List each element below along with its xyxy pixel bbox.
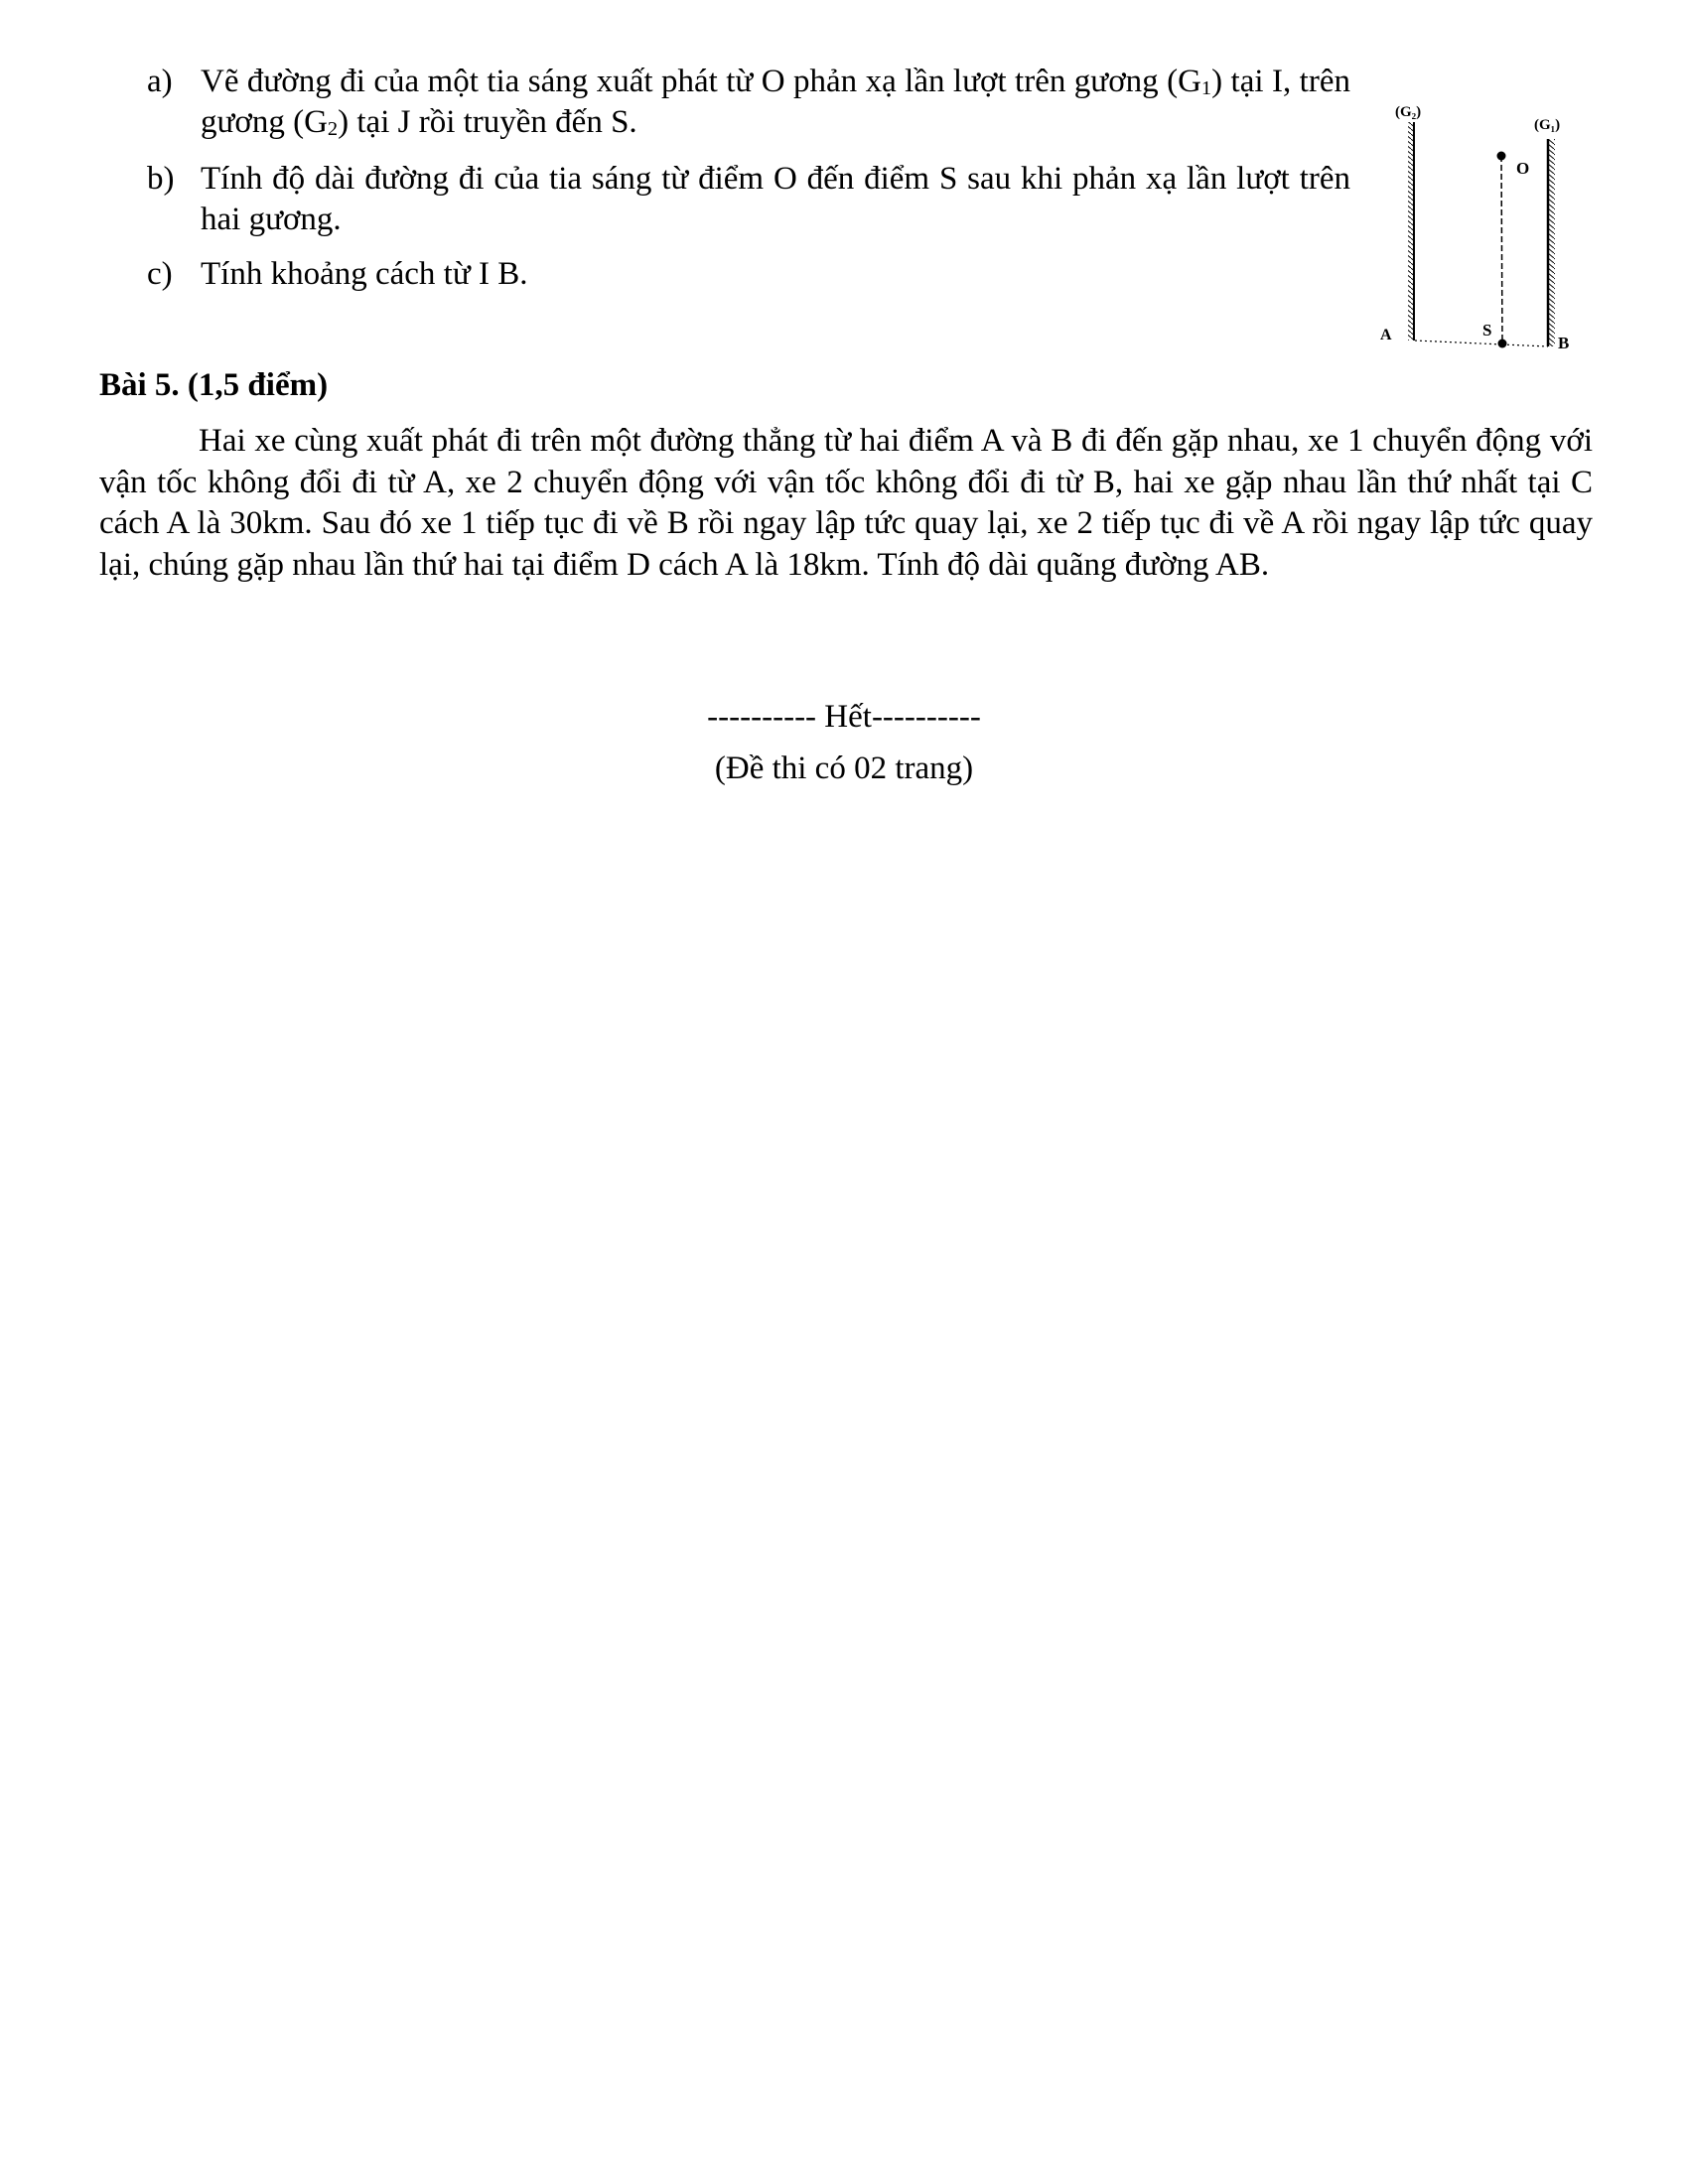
label-a: A <box>1380 327 1392 343</box>
line-os <box>1501 156 1502 344</box>
item-text: Vẽ đường đi của một tia sáng xuất phát t… <box>147 62 1350 143</box>
baseline-sb <box>1502 344 1548 346</box>
problem4-item-c: c) Tính khoảng cách từ I B. <box>147 254 1350 295</box>
problem5-body: Hai xe cùng xuất phát đi trên một đường … <box>99 421 1593 587</box>
label-b: B <box>1558 334 1569 352</box>
mirror-g1 <box>1548 139 1555 346</box>
page-count-note: (Đề thi có 02 trang) <box>0 749 1688 788</box>
end-marker: ---------- Hết---------- <box>0 697 1688 737</box>
mirror-g2 <box>1408 122 1414 341</box>
item-label: c) <box>147 254 173 295</box>
baseline-as <box>1415 341 1502 344</box>
item-text: Tính độ dài đường đi của tia sáng từ điể… <box>147 159 1350 240</box>
label-g2: (G₂) <box>1395 104 1421 120</box>
problem4-item-a: a) Vẽ đường đi của một tia sáng xuất phá… <box>147 62 1350 143</box>
mirror-diagram: (G₂) (G₁) O S A B <box>1375 94 1599 357</box>
item-label: b) <box>147 159 175 200</box>
item-text: Tính khoảng cách từ I B. <box>147 254 1350 295</box>
point-o-dot <box>1497 152 1506 161</box>
label-o: O <box>1516 159 1529 178</box>
label-s: S <box>1482 321 1491 340</box>
problem4-item-b: b) Tính độ dài đường đi của tia sáng từ … <box>147 159 1350 240</box>
item-label: a) <box>147 62 173 102</box>
point-s-dot <box>1498 340 1507 348</box>
label-g1: (G₁) <box>1534 117 1560 133</box>
problem5-heading: Bài 5. (1,5 điểm) <box>99 365 328 405</box>
